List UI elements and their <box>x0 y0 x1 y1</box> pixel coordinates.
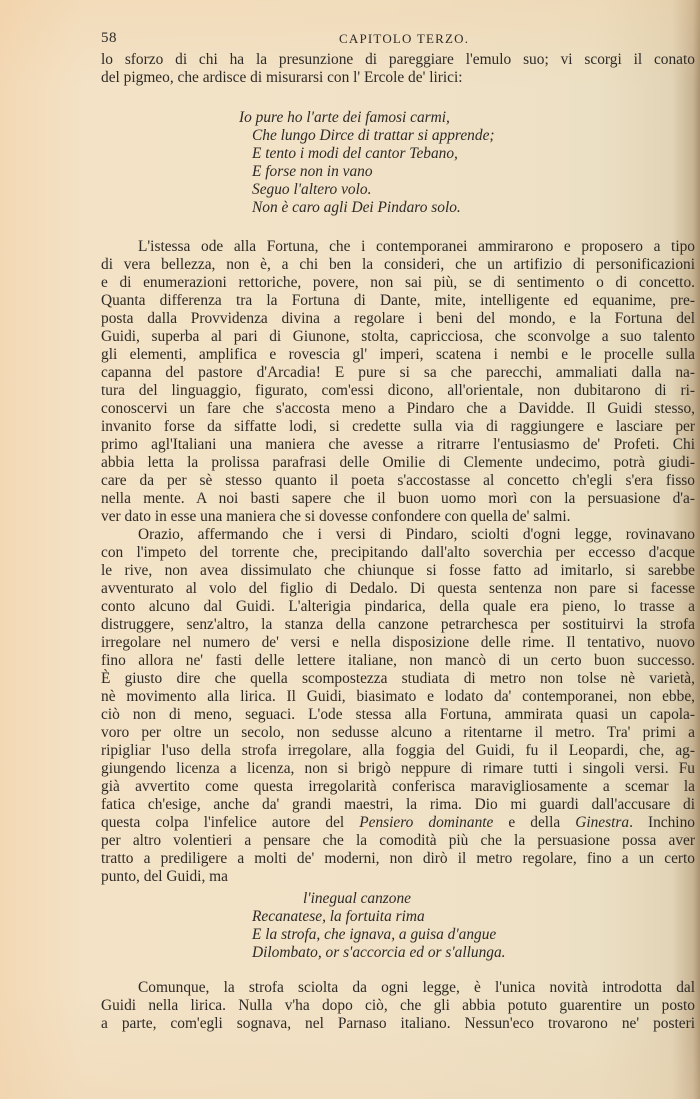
text-line: le rive, non avea dissimulato che chiunq… <box>101 562 695 580</box>
page-number: 58 <box>101 30 117 47</box>
text-line: primo agl'Italiani una maniera che avess… <box>101 436 695 454</box>
text-line: punto, del Guidi, ma <box>101 868 695 886</box>
verse-line: Seguo l'altero volo. <box>239 181 695 199</box>
paragraph-ode-fortuna: L'istessa ode alla Fortuna, che i contem… <box>101 238 695 526</box>
verse-line: Dilombato, or s'accorcia ed or s'allunga… <box>252 944 695 962</box>
verse-quotation-guidi: Io pure ho l'arte dei famosi carmi, Che … <box>101 109 695 217</box>
text-line: Comunque, la strofa sciolta da ogni legg… <box>101 979 695 997</box>
text-line: L'istessa ode alla Fortuna, che i contem… <box>101 238 695 256</box>
text-line: fino allora ne' fasti delle lettere ital… <box>101 652 695 670</box>
text-fragment: . Inchino <box>629 814 695 831</box>
text-line: irregolare nel numero de' versi e nella … <box>101 634 695 652</box>
text-line: e di enumerazioni rettoriche, povere, no… <box>101 274 695 292</box>
verse-line: E la strofa, che ignava, a guisa d'angue <box>252 926 695 944</box>
verse-line: E tento i modi del cantor Tebano, <box>239 145 695 163</box>
verse-line: Recanatese, la fortuita rima <box>252 908 695 926</box>
text-line: ripigliar l'uso della strofa irregolare,… <box>101 742 695 760</box>
text-line: Guidi, superba al pari di Giunone, stolt… <box>101 328 695 346</box>
text-line: già avvertito come questa irregolarità c… <box>101 778 695 796</box>
verse-line: E forse non in vano <box>239 163 695 181</box>
text-line: per altro volentieri a pensare che la co… <box>101 832 695 850</box>
text-line: care da per sè stesso quanto il poeta s'… <box>101 472 695 490</box>
text-line-with-titles: questa colpa l'infelice autore del Pensi… <box>101 814 695 832</box>
verse-line: l'inegual canzone <box>252 890 695 908</box>
work-title-pensiero-dominante: Pensiero dominante <box>359 814 493 831</box>
text-line: fatica ch'esige, anche da' grandi maestr… <box>101 796 695 814</box>
text-line: gli elementi, amplifica e rovescia gl' i… <box>101 346 695 364</box>
text-line: capanna del pastore d'Arcadia! E pure si… <box>101 364 695 382</box>
text-line: lo sforzo di chi ha la presunzione di pa… <box>101 51 695 69</box>
text-line: tratto a prediligere a molti de' moderni… <box>101 850 695 868</box>
verse-line: Io pure ho l'arte dei famosi carmi, <box>239 109 695 127</box>
text-line: a parte, com'egli sognava, nel Parnaso i… <box>101 1015 695 1033</box>
text-line: avventurato al volo del figlio di Dedalo… <box>101 580 695 598</box>
text-fragment: e della <box>493 814 575 831</box>
running-head: CAPITOLO TERZO. <box>339 31 469 47</box>
text-line: ciò non di meno, seguaci. L'ode stessa a… <box>101 706 695 724</box>
paragraph-orazio: Orazio, affermando che i versi di Pindar… <box>101 526 695 886</box>
text-line: Guidi nella lirica. Nulla v'ha dopo ciò,… <box>101 997 695 1015</box>
text-line: nella mente. A noi basti sapere che il b… <box>101 490 695 508</box>
work-title-ginestra: Ginestra <box>575 814 629 831</box>
text-fragment: questa colpa l'infelice autore del <box>101 814 359 831</box>
text-line: Quanta differenza tra la Fortuna di Dant… <box>101 292 695 310</box>
text-line: abbia letta la prolissa parafrasi delle … <box>101 454 695 472</box>
text-line: tura del linguaggio, figurato, com'essi … <box>101 382 695 400</box>
text-line: È giusto dire che quella scompostezza st… <box>101 670 695 688</box>
text-line: ver dato in esse una maniera che si dove… <box>101 508 695 526</box>
text-line: voro per oltre un secolo, non sedusse al… <box>101 724 695 742</box>
intro-paragraph: lo sforzo di chi ha la presunzione di pa… <box>101 51 695 87</box>
text-line: nè movimento alla lirica. Il Guidi, bias… <box>101 688 695 706</box>
text-line: distruggere, senz'altro, la stanza della… <box>101 616 695 634</box>
verse-line: Non è caro agli Dei Pindaro solo. <box>239 199 695 217</box>
body-text: lo sforzo di chi ha la presunzione di pa… <box>101 51 695 1033</box>
text-line: posta dalla Provvidenza divina a regolar… <box>101 310 695 328</box>
text-line: giungendo licenza a licenza, non si brig… <box>101 760 695 778</box>
verse-quotation-leopardi: l'inegual canzone Recanatese, la fortuit… <box>101 890 695 962</box>
text-line: con l'impeto del torrente che, precipita… <box>101 544 695 562</box>
text-line: conto alcuno dal Guidi. L'alterigia pind… <box>101 598 695 616</box>
text-line: conoscervi un fare che s'accosta meno a … <box>101 400 695 418</box>
text-line: del pigmeo, che ardisce di misurarsi con… <box>101 69 695 87</box>
paragraph-comunque: Comunque, la strofa sciolta da ogni legg… <box>101 979 695 1033</box>
verse-line: Che lungo Dirce di trattar si apprende; <box>239 127 695 145</box>
text-line: invanito forse da siffatte lodi, si cred… <box>101 418 695 436</box>
page-header: 58 CAPITOLO TERZO. <box>101 30 691 50</box>
text-line: Orazio, affermando che i versi di Pindar… <box>101 526 695 544</box>
text-line: di vera bellezza, non è, a chi ben la co… <box>101 256 695 274</box>
